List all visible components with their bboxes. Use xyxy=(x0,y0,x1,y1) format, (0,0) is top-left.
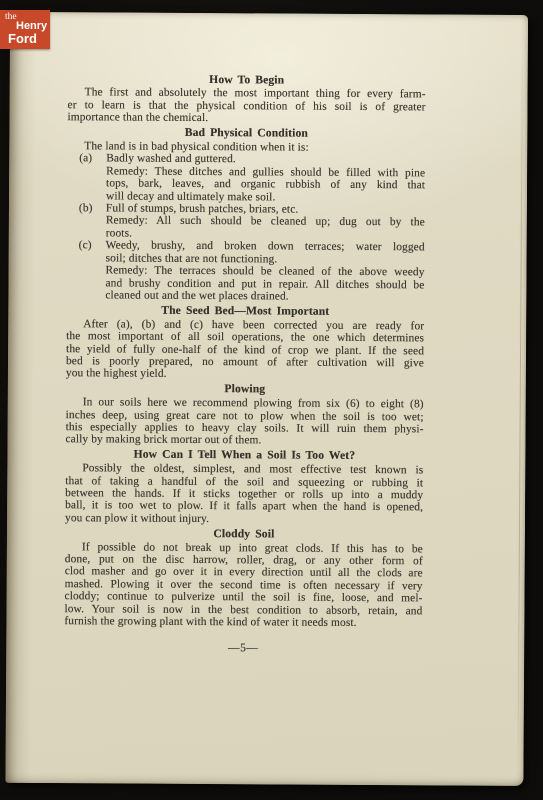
list-item: (a)Badly washed and guttered.Remedy: The… xyxy=(67,153,425,205)
logo-word-the: the xyxy=(5,13,17,23)
paragraph: If possible do not break up into great c… xyxy=(64,541,423,630)
text-line: you can plow it without injury. xyxy=(65,512,423,527)
section-heading: The Seed Bed—Most Important xyxy=(66,304,424,319)
text-line: furnish the growing plant with the kind … xyxy=(64,615,422,630)
text-line: importance than the chemical. xyxy=(67,111,425,126)
scanned-page-viewer: How To BeginThe first and absolutely the… xyxy=(0,0,543,800)
page-text-column: How To BeginThe first and absolutely the… xyxy=(64,70,426,656)
paragraph: In our soils here we recommend plowing f… xyxy=(65,396,423,448)
text-line: cleaned out and the wet places drained. xyxy=(105,289,424,303)
paragraph: After (a), (b) and (c) have been correct… xyxy=(66,318,424,382)
list-item: (b)Full of stumps, brush patches, briars… xyxy=(67,202,425,241)
list-item-marker: (a) xyxy=(79,153,92,165)
paragraph: Possibly the oldest, simplest, and most … xyxy=(65,462,423,526)
section-heading: Bad Physical Condition xyxy=(67,126,425,141)
text-line: Remedy: All such should be cleaned up; d… xyxy=(106,215,425,229)
booklet-page: How To BeginThe first and absolutely the… xyxy=(5,12,528,786)
list-item-marker: (c) xyxy=(79,240,92,252)
list-item-marker: (b) xyxy=(79,202,93,214)
section-heading: Cloddy Soil xyxy=(65,527,423,542)
text-line: you the highest yield. xyxy=(66,368,424,383)
binding-shadow xyxy=(5,12,36,783)
page-number: —5— xyxy=(64,642,422,657)
section-heading: How To Begin xyxy=(68,73,426,88)
section-heading: How Can I Tell When a Soil Is Too Wet? xyxy=(65,448,423,463)
text-line: cally by making brick mortar out of them… xyxy=(65,434,423,449)
henry-ford-logo: the Henry Ford xyxy=(0,10,50,49)
paragraph: The first and absolutely the most import… xyxy=(67,87,425,126)
list-item: (c)Weedy, brushy, and broken down terrac… xyxy=(66,239,424,303)
page-stack-edge xyxy=(517,21,523,778)
section-heading: Plowing xyxy=(66,382,424,397)
logo-word-ford: Ford xyxy=(8,32,37,45)
